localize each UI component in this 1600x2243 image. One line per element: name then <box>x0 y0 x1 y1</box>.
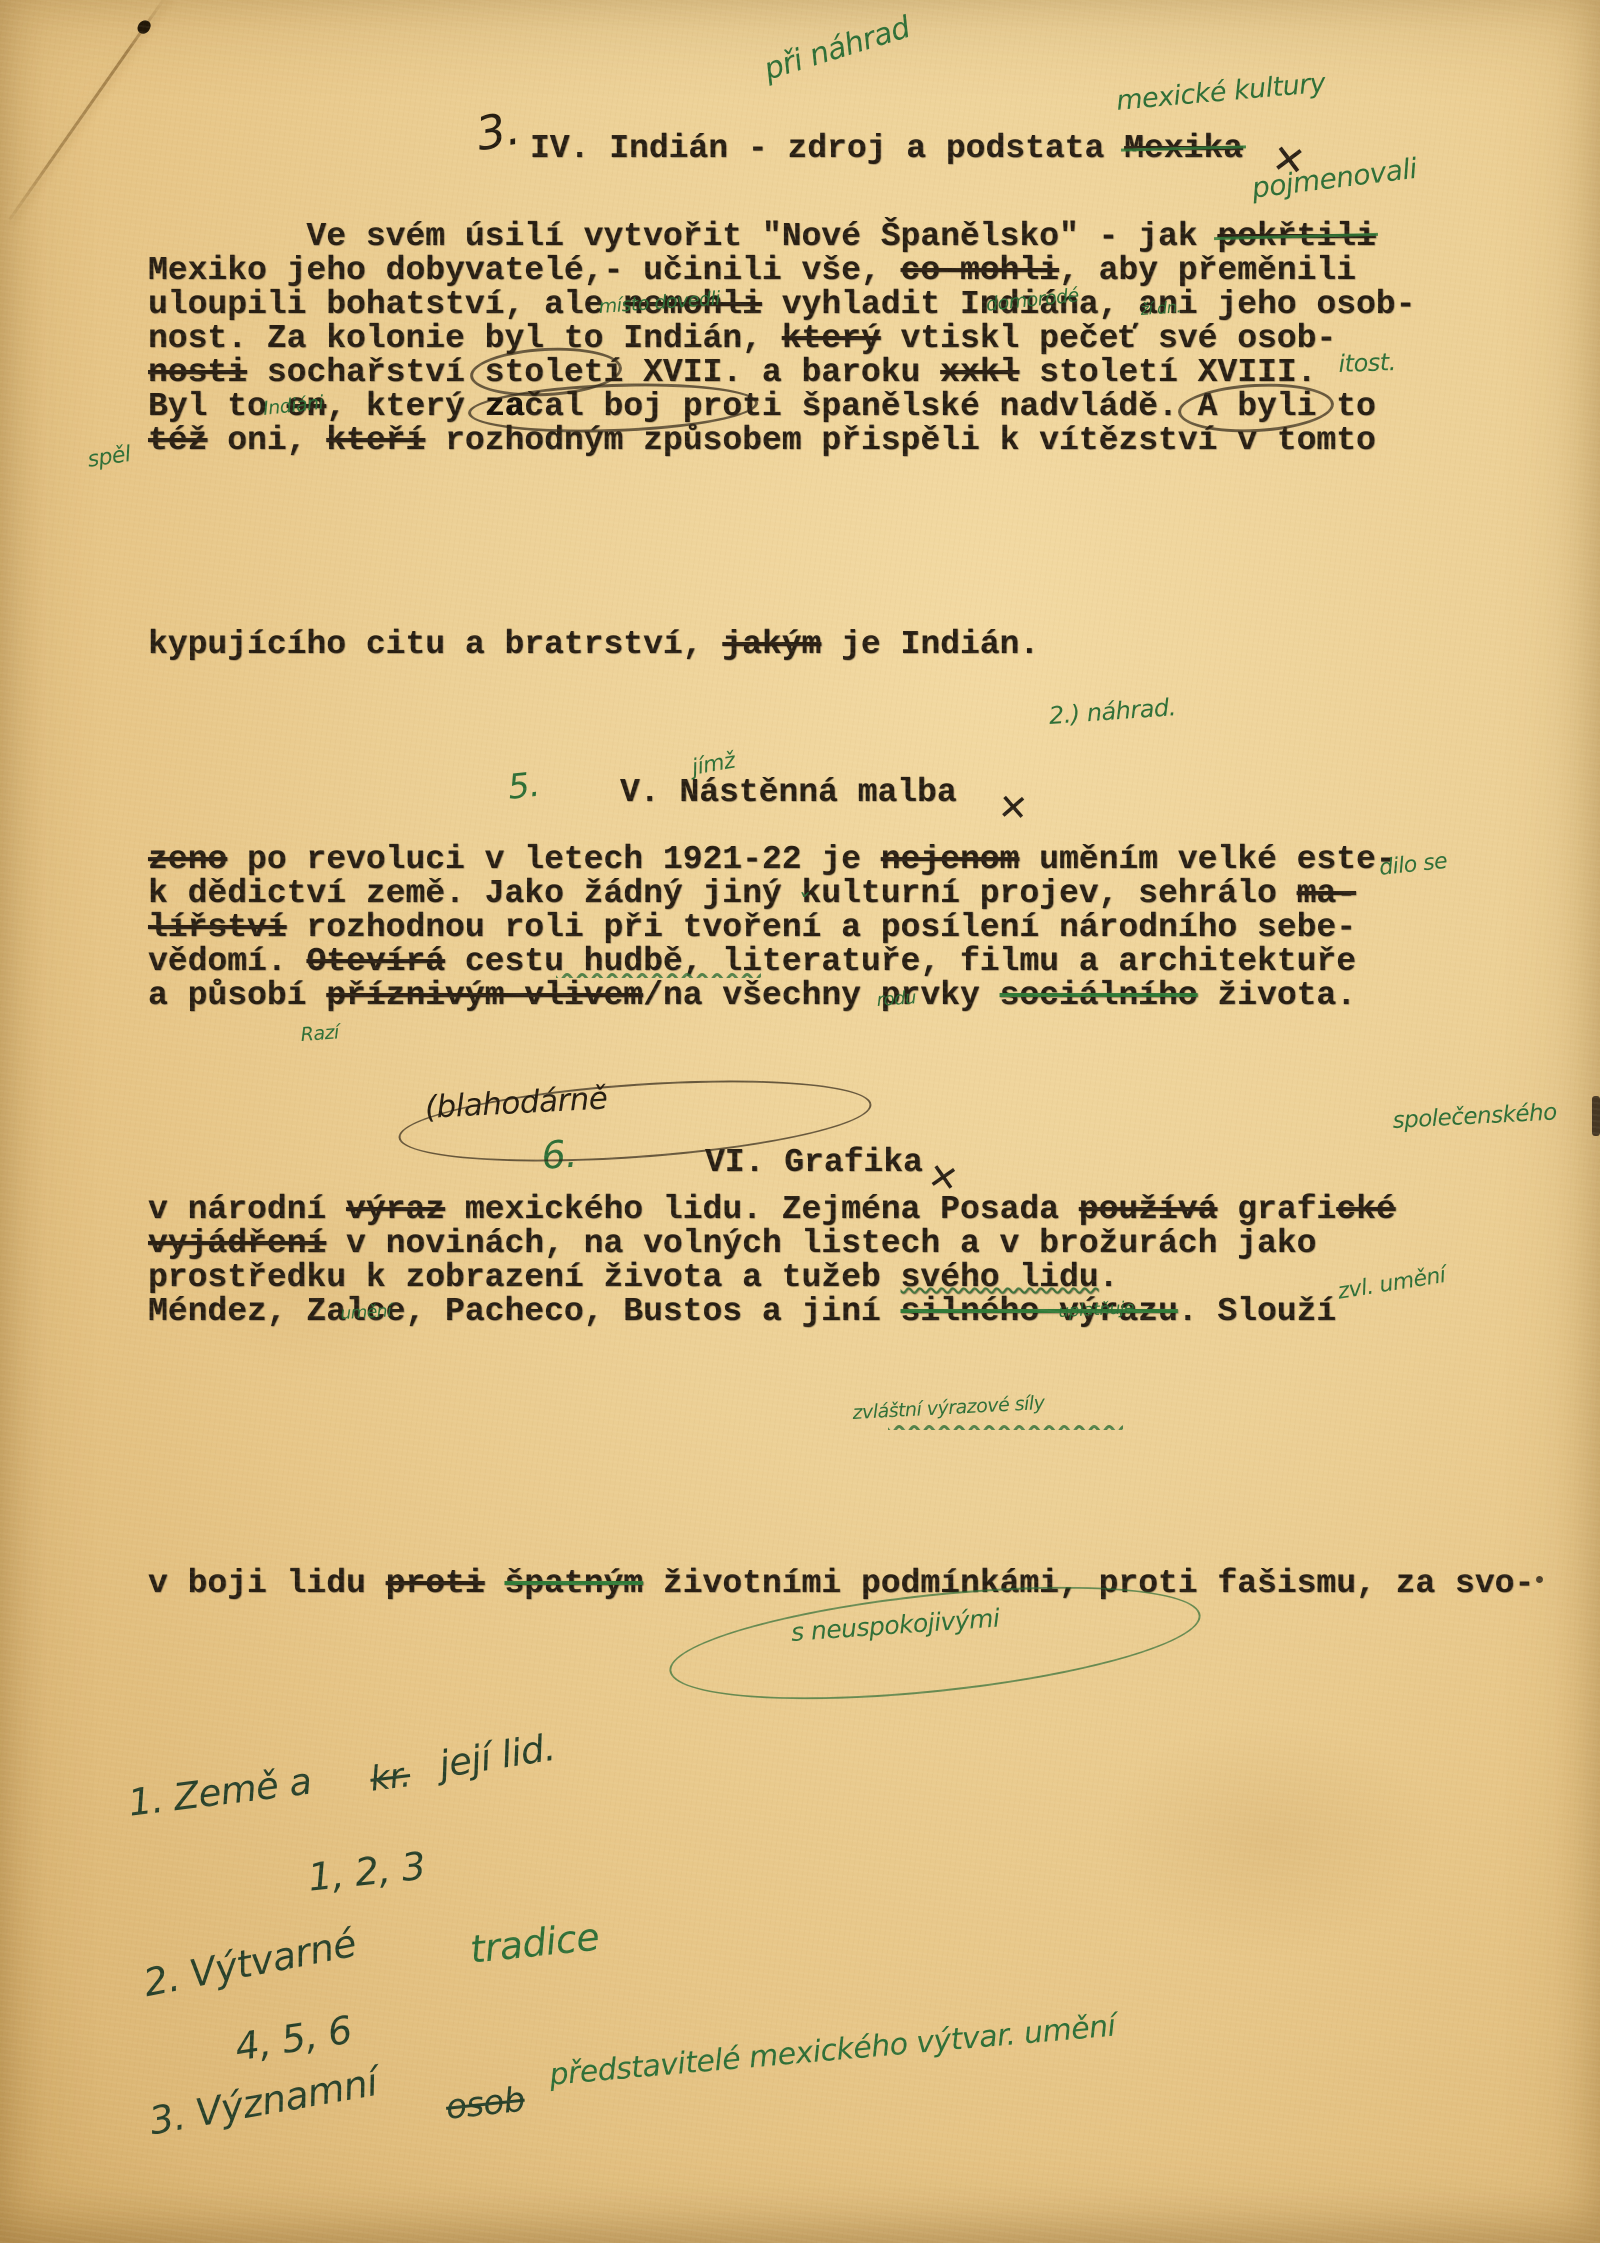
edited-text: kteří <box>326 422 425 459</box>
typed-text <box>485 1565 505 1602</box>
typed-text: v boji lidu <box>148 1565 386 1602</box>
handwritten-note: itost. <box>1338 348 1396 378</box>
typed-text: IV. Indián - zdroj a podstata <box>530 130 1124 167</box>
typed-text: rozhodnou roli při tvoření a posílení ná… <box>287 909 1356 946</box>
typed-text: Mexiko jeho dobyvatelé,- učinili vše, <box>148 252 901 289</box>
typed-line: Mexiko jeho dobyvatelé,- učinili vše, co… <box>148 254 1415 288</box>
typed-line: VI. Grafika <box>705 1146 923 1180</box>
typed-text: vědomí. <box>148 943 306 980</box>
paper-stain <box>1100 1720 1440 1960</box>
edited-text: používá <box>1079 1191 1218 1228</box>
handwritten-note: při náhrad <box>760 10 914 87</box>
typed-text: nost. Za kolonie byl to Indián, <box>148 320 782 357</box>
typed-text: k dědictví země. Jako žádný jiný kulturn… <box>148 875 1297 912</box>
heading-section-4: IV. Indián - zdroj a podstata Mexika <box>530 132 1243 166</box>
insertion-caret-mark: ˇ <box>796 890 809 920</box>
typed-text: je Indián. <box>821 626 1039 663</box>
handwritten-numbers: 4, 5, 6 <box>232 2008 355 2070</box>
typed-line: kypujícího citu a bratrství, jakým je In… <box>148 628 1039 662</box>
handwritten-numbers: 1, 2, 3 <box>306 1844 427 1900</box>
edited-text: silného výrazu <box>901 1293 1178 1330</box>
edited-text: proti <box>386 1565 485 1602</box>
margin-dot-mark <box>1536 1576 1543 1583</box>
typed-line: V. Nástěnná malba <box>620 776 957 810</box>
typed-text: a působí <box>148 977 326 1014</box>
handwritten-note: uplatňuje <box>1058 1298 1135 1322</box>
typed-line: Méndez, Zalce, Pacheco, Bustos a jiní si… <box>148 1295 1396 1329</box>
edited-text: též <box>148 422 207 459</box>
edited-text: vyjádření <box>148 1225 326 1262</box>
typed-line: k dědictví země. Jako žádný jiný kulturn… <box>148 877 1396 911</box>
x-mark: ✕ <box>997 787 1030 830</box>
typed-line: uloupili bohatství, ale nemohli vyhladit… <box>148 288 1415 322</box>
typed-text: v novinách, na volných listech a v brožu… <box>326 1225 1316 1262</box>
edited-text: Otevírá <box>306 943 445 980</box>
edited-text: který <box>782 320 881 357</box>
edited-text: cké <box>1336 1191 1395 1228</box>
paragraph-4: zeno po revoluci v letech 1921-22 je nej… <box>148 843 1396 1013</box>
edited-text: nosti <box>148 354 247 391</box>
typed-text: kypujícího citu a bratrství, <box>148 626 722 663</box>
typed-line: nosti sochařství století XVII. a baroku … <box>148 356 1415 390</box>
typed-text: Ve svém úsilí vytvořit "Nové Španělsko" … <box>148 218 1217 255</box>
handwritten-list-item-2: 2. Výtvarné <box>140 1921 360 2005</box>
typed-text: mexického lidu. Zejména Posada <box>445 1191 1079 1228</box>
edited-text: xxkl <box>940 354 1019 391</box>
handwritten-note: společenského <box>1392 1099 1557 1134</box>
typed-text: vtiskl pečeť své osob- <box>881 320 1336 357</box>
typed-text: , aby přeměnili <box>1059 252 1356 289</box>
typed-line: v boji lidu proti špatným životními podm… <box>148 1567 1534 1601</box>
typed-line: a působí příznivým vlivem/na všechny prv… <box>148 979 1396 1013</box>
edited-text: Mexika <box>1124 130 1243 167</box>
typed-line: vědomí. Otevírá cestu hudbě, literatuře,… <box>148 945 1396 979</box>
scanned-typewritten-page: 3. IV. Indián - zdroj a podstata Mexika … <box>0 0 1600 2243</box>
typed-text: života. <box>1198 977 1356 1014</box>
page-edge-mark <box>1592 1096 1600 1136</box>
heading-section-6: VI. Grafika <box>705 1146 923 1180</box>
typed-text: vyhladit Indiána, ani jeho osob- <box>762 286 1416 323</box>
typed-text: grafi <box>1217 1191 1336 1228</box>
paragraph-3: kypujícího citu a bratrství, jakým je In… <box>148 628 1039 662</box>
typed-text: uloupili bohatství, ale <box>148 286 623 323</box>
section-number-handwritten: 5. <box>506 765 541 808</box>
paragraph-6: v boji lidu proti špatným životními podm… <box>148 1567 1534 1601</box>
handwritten-note: rodu <box>876 987 917 1011</box>
handwritten-note: spěl <box>86 442 132 473</box>
heading-section-5: V. Nástěnná malba <box>620 776 957 810</box>
edited-text: zeno <box>148 841 227 878</box>
handwritten-word: tradice <box>468 1914 601 1971</box>
typed-text: uměním velké este- <box>1019 841 1395 878</box>
edited-text: ma- <box>1297 875 1356 912</box>
edited-text: svého lidu <box>901 1259 1099 1296</box>
handwritten-list-item-3: 3. Významní <box>146 2060 380 2143</box>
typed-text: oni, <box>207 422 326 459</box>
typed-line: nost. Za kolonie byl to Indián, který vt… <box>148 322 1415 356</box>
typed-text: . <box>1099 1259 1119 1296</box>
edited-text: příznivým vlivem <box>326 977 643 1014</box>
typed-line: v národní výraz mexického lidu. Zejména … <box>148 1193 1396 1227</box>
typed-text: . Slouží <box>1178 1293 1336 1330</box>
typed-text: V. Nástěnná malba <box>620 774 957 811</box>
section-number-handwritten: 3. <box>472 101 524 162</box>
edited-text: lířství <box>148 909 287 946</box>
typed-line: IV. Indián - zdroj a podstata Mexika <box>530 132 1243 166</box>
handwritten-continuation: představitelé mexického výtvar. umění <box>548 2009 1117 2093</box>
typed-line: zeno po revoluci v letech 1921-22 je nej… <box>148 843 1396 877</box>
handwritten-note: umění <box>340 1301 392 1324</box>
handwritten-list-item-1: 1. Země a <box>126 1760 314 1825</box>
typed-line: Ve svém úsilí vytvořit "Nové Španělsko" … <box>148 220 1415 254</box>
handwritten-note: Razí <box>300 1021 340 1046</box>
typed-line: prostředku k zobrazení života a tužeb sv… <box>148 1261 1396 1295</box>
edited-text: špatným <box>504 1565 643 1602</box>
edited-text: sociálního <box>1000 977 1198 1014</box>
typed-text: /na všechny prvky <box>643 977 999 1014</box>
typed-text: Méndez, Zalce, Pacheco, Bustos a jiní <box>148 1293 901 1330</box>
edited-text: výraz <box>346 1191 445 1228</box>
handwritten-struck-word: kr. <box>368 1755 412 1800</box>
typed-text: prostředku k zobrazení života a tužeb <box>148 1259 901 1296</box>
typed-text: po revoluci v letech 1921-22 je <box>227 841 881 878</box>
typed-text: VI. Grafika <box>705 1144 923 1181</box>
edited-text: jakým <box>722 626 821 663</box>
handwritten-list-item-1b: její lid. <box>436 1726 558 1787</box>
handwritten-note: mexické kultury <box>1115 68 1327 117</box>
handwritten-note: 2.) náhrad. <box>1048 693 1177 730</box>
edited-text: nejenom <box>881 841 1020 878</box>
edited-text: pokřtili <box>1217 218 1375 255</box>
handwritten-struck-word: osob <box>444 2080 527 2128</box>
typed-text: v národní <box>148 1191 346 1228</box>
wavy-underline-mark <box>556 952 761 978</box>
paragraph-5: v národní výraz mexického lidu. Zejména … <box>148 1193 1396 1329</box>
typed-line: lířství rozhodnou roli při tvoření a pos… <box>148 911 1396 945</box>
edited-text: co mohli <box>901 252 1059 289</box>
handwritten-note: ží dn. <box>1140 297 1182 319</box>
typed-text: , který <box>326 388 484 425</box>
typed-line: vyjádření v novinách, na volných listech… <box>148 1227 1396 1261</box>
